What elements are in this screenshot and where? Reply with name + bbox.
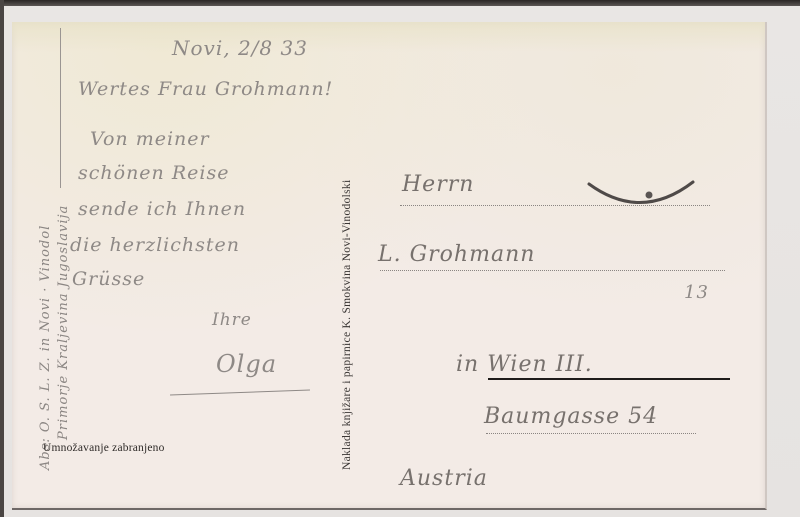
message-line-2: Von meiner (90, 128, 210, 150)
reproduction-notice: Umnožavanje zabranjeno (43, 442, 165, 454)
message-line-1: Wertes Frau Grohmann! (78, 78, 333, 100)
address-salutation: Herrn (402, 172, 474, 197)
sender-vertical-line-2: Primorje Kraljevina Jugoslavija (56, 205, 71, 440)
scanner-top-edge (0, 0, 800, 6)
message-line-3: schönen Reise (78, 162, 229, 184)
address-line-4 (486, 433, 696, 434)
address-name: L. Grohmann (378, 242, 535, 267)
address-country: Austria (400, 466, 488, 491)
sender-vertical-line-1: Abs: O. S. L. Z. in Novi · Vinodol (38, 225, 53, 470)
address-line-3 (488, 378, 730, 380)
closing: Ihre (212, 310, 252, 330)
signature: Olga (216, 350, 277, 378)
message-line-5: die herzlichsten (70, 234, 240, 256)
address-street: Baumgasse 54 (484, 404, 658, 429)
left-margin-rule (60, 28, 61, 188)
address-line-2 (380, 270, 725, 271)
postmark-arc-icon (585, 178, 697, 208)
date-line: Novi, 2/8 33 (172, 36, 308, 60)
publisher-imprint: Naklada knjižare i papirnice K. Smokvina… (341, 30, 353, 470)
pencil-note: 13 (684, 282, 709, 303)
paper-aging-tint (12, 22, 765, 52)
message-line-4: sende ich Ihnen (78, 198, 246, 220)
message-line-6: Grüsse (72, 268, 145, 290)
scanner-left-edge (0, 0, 4, 517)
address-city: in Wien III. (456, 352, 593, 377)
